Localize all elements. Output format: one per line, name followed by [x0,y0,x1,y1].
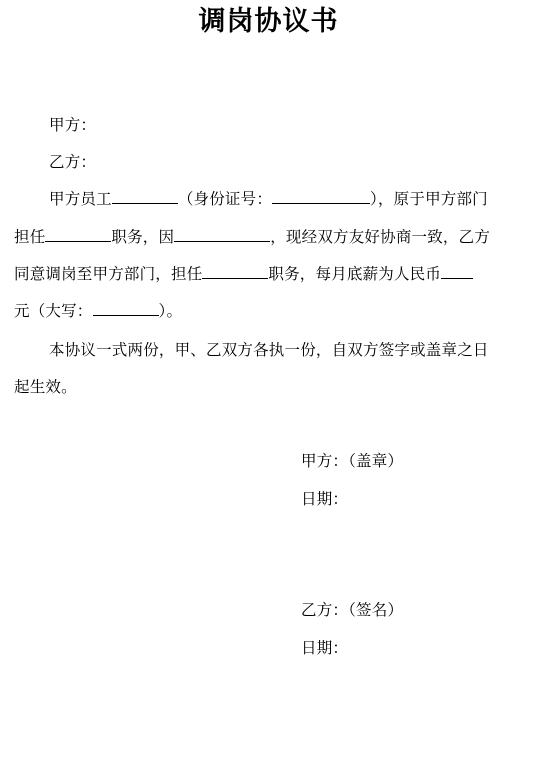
body-line-6: 起生效。 [14,377,77,397]
salary-amount-blank[interactable] [441,264,473,279]
reason-blank[interactable] [174,227,270,242]
id-number-blank[interactable] [272,189,370,204]
body-text: ，现经双方友好协商一致，乙方 [270,228,490,246]
original-position-blank[interactable] [45,227,111,242]
party-b-field: 乙方： [49,152,96,172]
body-line-5: 本协议一式两份，甲、乙双方各执一份，自双方签字或盖章之日 [49,340,489,360]
salary-uppercase-blank[interactable] [93,301,159,316]
document-title: 调岗协议书 [0,4,537,40]
party-a-seal-label: 甲方：（盖章） [301,451,403,471]
body-line-3: 同意调岗至甲方部门，担任职务，每月底薪为人民币 [14,264,473,284]
body-text: 元（大写： [14,302,93,320]
body-text: ）。 [159,302,183,320]
body-line-1: 甲方员工（身份证号：），原于甲方部门 [49,189,488,209]
body-text: 职务，每月底薪为人民币 [268,265,441,283]
new-position-blank[interactable] [202,264,268,279]
body-text: 甲方员工 [49,190,112,208]
party-b-signature-label: 乙方：（签名） [301,600,403,620]
body-text: ），原于甲方部门 [370,190,488,208]
body-text: （身份证号： [178,190,272,208]
party-a-field: 甲方： [49,115,96,135]
body-text: 职务，因 [111,228,174,246]
body-text: 担任 [14,228,45,246]
party-b-date-label: 日期： [301,638,348,658]
body-text: 同意调岗至甲方部门，担任 [14,265,202,283]
body-line-4: 元（大写：）。 [14,301,182,321]
employee-name-blank[interactable] [112,189,178,204]
body-line-2: 担任职务，因，现经双方友好协商一致，乙方 [14,227,490,247]
party-a-date-label: 日期： [301,489,348,509]
